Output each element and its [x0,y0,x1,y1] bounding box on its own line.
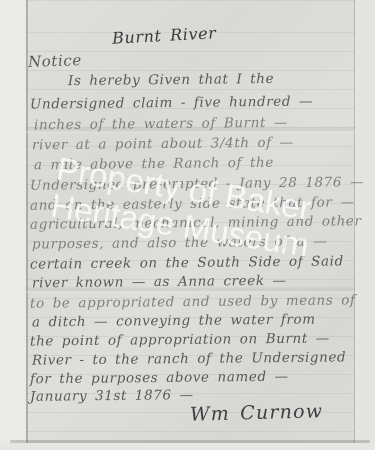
document-photo: Burnt River Notice Is hereby Given that … [0,0,375,450]
handwritten-line: purposes, and also the waters of a — [32,233,327,252]
handwritten-line: the point of appropriation on Burnt — [30,330,330,349]
handwritten-line: certain creek on the South Side of Said [30,253,344,272]
handwritten-line: River - to the ranch of the Undersigned [32,349,346,368]
handwritten-line: to be appropriated and used by means of [30,292,356,311]
handwritten-line: Is hereby Given that I the [68,71,274,89]
handwritten-line: inches of the waters of Burnt — [34,115,288,134]
handwritten-line: for the purposes above named — [30,369,289,388]
handwritten-line: river known — as Anna creek — [32,273,287,292]
handwritten-line: a ditch — conveying the water from [32,312,316,331]
signature: Wm Curnow [190,400,324,425]
handwritten-line: a mile above the Ranch of the [34,155,274,174]
paper-bottom-strip [0,443,375,450]
handwritten-line: Undersigned claim - five hundred — [30,94,313,113]
notice-label: Notice [28,51,82,71]
date-line: January 31st 1876 — [30,387,194,405]
handwritten-line: river at a point about 3/4th of — [32,135,294,154]
paper-left-margin [0,0,26,450]
handwritten-line: and on the easterly side state that for … [30,194,355,213]
